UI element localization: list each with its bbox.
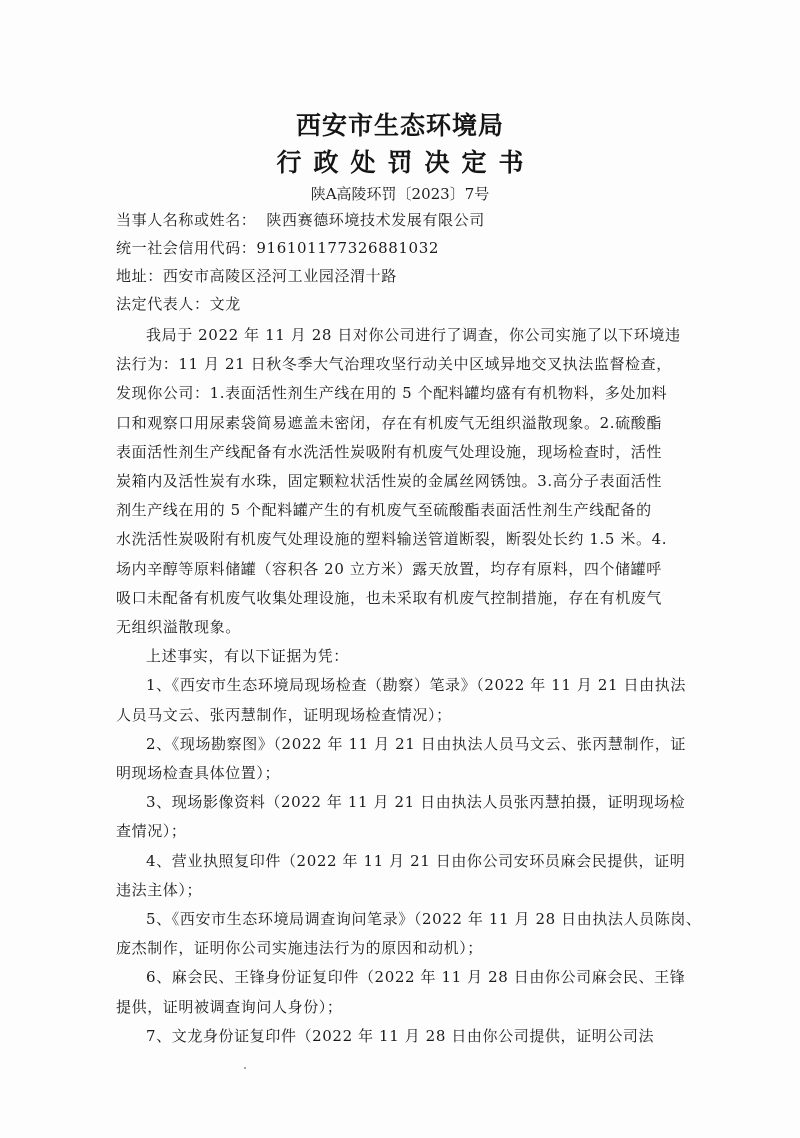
body-line: 庞杰制作，证明你公司实施违法行为的原因和动机）；: [116, 937, 696, 958]
organization-title: 西安市生态环境局: [0, 106, 800, 142]
body-line: 口和观察口用尿素袋简易遮盖未密闭，存在有机废气无组织溢散现象。2.硫酸酯: [116, 412, 696, 433]
body-line: 违法主体）；: [116, 879, 696, 900]
credit-code-label: 统一社会信用代码：: [116, 239, 256, 257]
body-line: 吸口未配备有机废气收集处理设施，也未采取有机废气控制措施，存在有机废气: [116, 587, 696, 608]
document-number: 陕A高陵环罚〔2023〕7号: [0, 183, 800, 204]
legal-rep-value: 文龙: [210, 295, 241, 313]
body-line: 1、《西安市生态环境局现场检查（勘察）笔录》（2022 年 11 月 21 日由…: [146, 674, 696, 695]
body-line: 4、营业执照复印件（2022 年 11 月 21 日由你公司安环员麻会民提供，证…: [146, 850, 696, 871]
document-type-title: 行政处罚决定书: [0, 143, 800, 179]
body-line: 发现你公司：1.表面活性剂生产线在用的 5 个配料罐均盛有有机物料，多处加料: [116, 382, 696, 403]
body-line: 人员马文云、张丙慧制作，证明现场检查情况）；: [116, 704, 696, 725]
body-line: 剂生产线在用的 5 个配料罐产生的有机废气至硫酸酯表面活性剂生产线配备的: [116, 499, 696, 520]
body-line: 上述事实，有以下证据为凭：: [146, 645, 696, 666]
party-name-value: 陕西赛德环境技术发展有限公司: [266, 211, 484, 229]
body-line: 法行为：11 月 21 日秋冬季大气治理攻坚行动关中区域异地交叉执法监督检查，: [116, 353, 696, 374]
body-line: 无组织溢散现象。: [116, 616, 696, 637]
party-name-label: 当事人名称或姓名：: [116, 211, 256, 229]
credit-code-line: 统一社会信用代码：916101177326881032: [116, 237, 696, 258]
body-line: 场内辛醇等原料储罐（容积各 20 立方米）露天放置，均存有原料，四个储罐呼: [116, 558, 696, 579]
body-line: 2、《现场勘察图》（2022 年 11 月 21 日由执法人员马文云、张丙慧制作…: [146, 733, 696, 754]
address-line: 地址：西安市高陵区泾河工业园泾渭十路: [116, 265, 696, 286]
body-line: 7、文龙身份证复印件（2022 年 11 月 28 日由你公司提供，证明公司法: [146, 1025, 696, 1046]
body-line: 水洗活性炭吸附有机废气处理设施的塑料输送管道断裂，断裂处长约 1.5 米。4.: [116, 528, 696, 549]
body-line: 查情况）；: [116, 820, 696, 841]
body-line: 表面活性剂生产线配备有水洗活性炭吸附有机废气处理设施，现场检查时，活性: [116, 441, 696, 462]
body-line: 炭箱内及活性炭有水珠，固定颗粒状活性炭的金属丝网锈蚀。3.高分子表面活性: [116, 470, 696, 491]
body-line: 3、现场影像资料（2022 年 11 月 21 日由执法人员张丙慧拍摄，证明现场…: [146, 791, 696, 812]
body-line: 5、《西安市生态环境局调查询问笔录》（2022 年 11 月 28 日由执法人员…: [146, 908, 696, 929]
body-line: 我局于 2022 年 11 月 28 日对你公司进行了调查，你公司实施了以下环境…: [146, 324, 696, 345]
credit-code-value: 916101177326881032: [256, 239, 439, 257]
party-name-line: 当事人名称或姓名：陕西赛德环境技术发展有限公司: [116, 209, 696, 230]
body-line: 明现场检查具体位置）；: [116, 762, 696, 783]
document-page: 西安市生态环境局 行政处罚决定书 陕A高陵环罚〔2023〕7号 当事人名称或姓名…: [0, 0, 800, 1138]
address-label: 地址：: [116, 267, 163, 285]
body-line: 提供，证明被调查询问人身份）；: [116, 996, 696, 1017]
body-line: 6、麻会民、王锋身份证复印件（2022 年 11 月 28 日由你公司麻会民、王…: [146, 966, 696, 987]
address-value: 西安市高陵区泾河工业园泾渭十路: [163, 267, 397, 285]
scan-speck: [244, 1067, 246, 1069]
legal-rep-label: 法定代表人：: [116, 295, 210, 313]
legal-rep-line: 法定代表人：文龙: [116, 293, 696, 314]
